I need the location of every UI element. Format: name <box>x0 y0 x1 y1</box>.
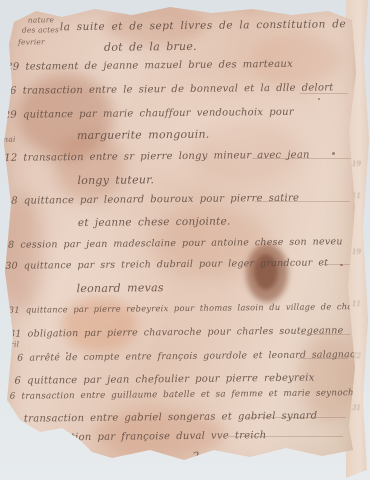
register-entry: 6arrêté de compte entre françois gourdol… <box>17 349 355 364</box>
margin-note-month: mai <box>1 135 16 144</box>
register-entry: 29quittance par marie chauffour vendouch… <box>4 107 294 121</box>
handwriting-layer: nature des actes fevrier la suite et de … <box>0 0 360 472</box>
register-entry: 29testament de jeanne mazuel brue des ma… <box>6 59 293 73</box>
register-entry: 26transaction entre le sieur de bonneval… <box>3 82 333 96</box>
register-entry: procuration par françoise duval vve trei… <box>29 430 266 443</box>
register-entry: transaction entre gabriel songeras et ga… <box>24 411 318 425</box>
register-entry: 30quittance par srs treich dubrail pour … <box>5 257 328 271</box>
margin-note-month: fevrier <box>18 37 45 46</box>
marginal-number: 11 <box>352 300 361 308</box>
marginal-number: 19 <box>352 160 361 168</box>
register-entry: leonard mevas <box>76 281 163 295</box>
margin-note: nature <box>28 15 54 24</box>
marginal-number: 31 <box>352 404 361 412</box>
register-entry: 6transaction entre guillaume batelle et … <box>10 388 360 402</box>
register-entry: la suite et de sept livres de la constit… <box>54 18 363 33</box>
register-entry: 6quittance par jean chefoulier pour pier… <box>14 373 314 387</box>
register-entry: et jeanne chese conjointe. <box>78 215 231 229</box>
manuscript-sheet: nature des actes fevrier la suite et de … <box>0 2 358 470</box>
register-entry: 31quittance par pierre rebeyreix pour th… <box>9 301 370 315</box>
register-entry: 8cession par jean madesclaine pour antoi… <box>8 236 343 251</box>
marginal-number: 19 <box>352 248 361 256</box>
register-entry: marguerite mongouin. <box>77 128 210 142</box>
margin-note-month: avril <box>1 340 19 349</box>
register-entry: 31obligation par pierre chavaroche pour … <box>9 325 344 340</box>
register-entry: 18quittance par leonard bouroux pour pie… <box>5 193 300 207</box>
register-entry: dot de la brue. <box>104 40 197 54</box>
scanned-manuscript-page: 19 11 19 11 22 31 <box>0 0 370 480</box>
register-entry: longy tuteur. <box>77 173 154 187</box>
register-entry: 12transaction entre sr pierre longy mine… <box>4 150 310 164</box>
page-number: 2 <box>192 450 199 463</box>
